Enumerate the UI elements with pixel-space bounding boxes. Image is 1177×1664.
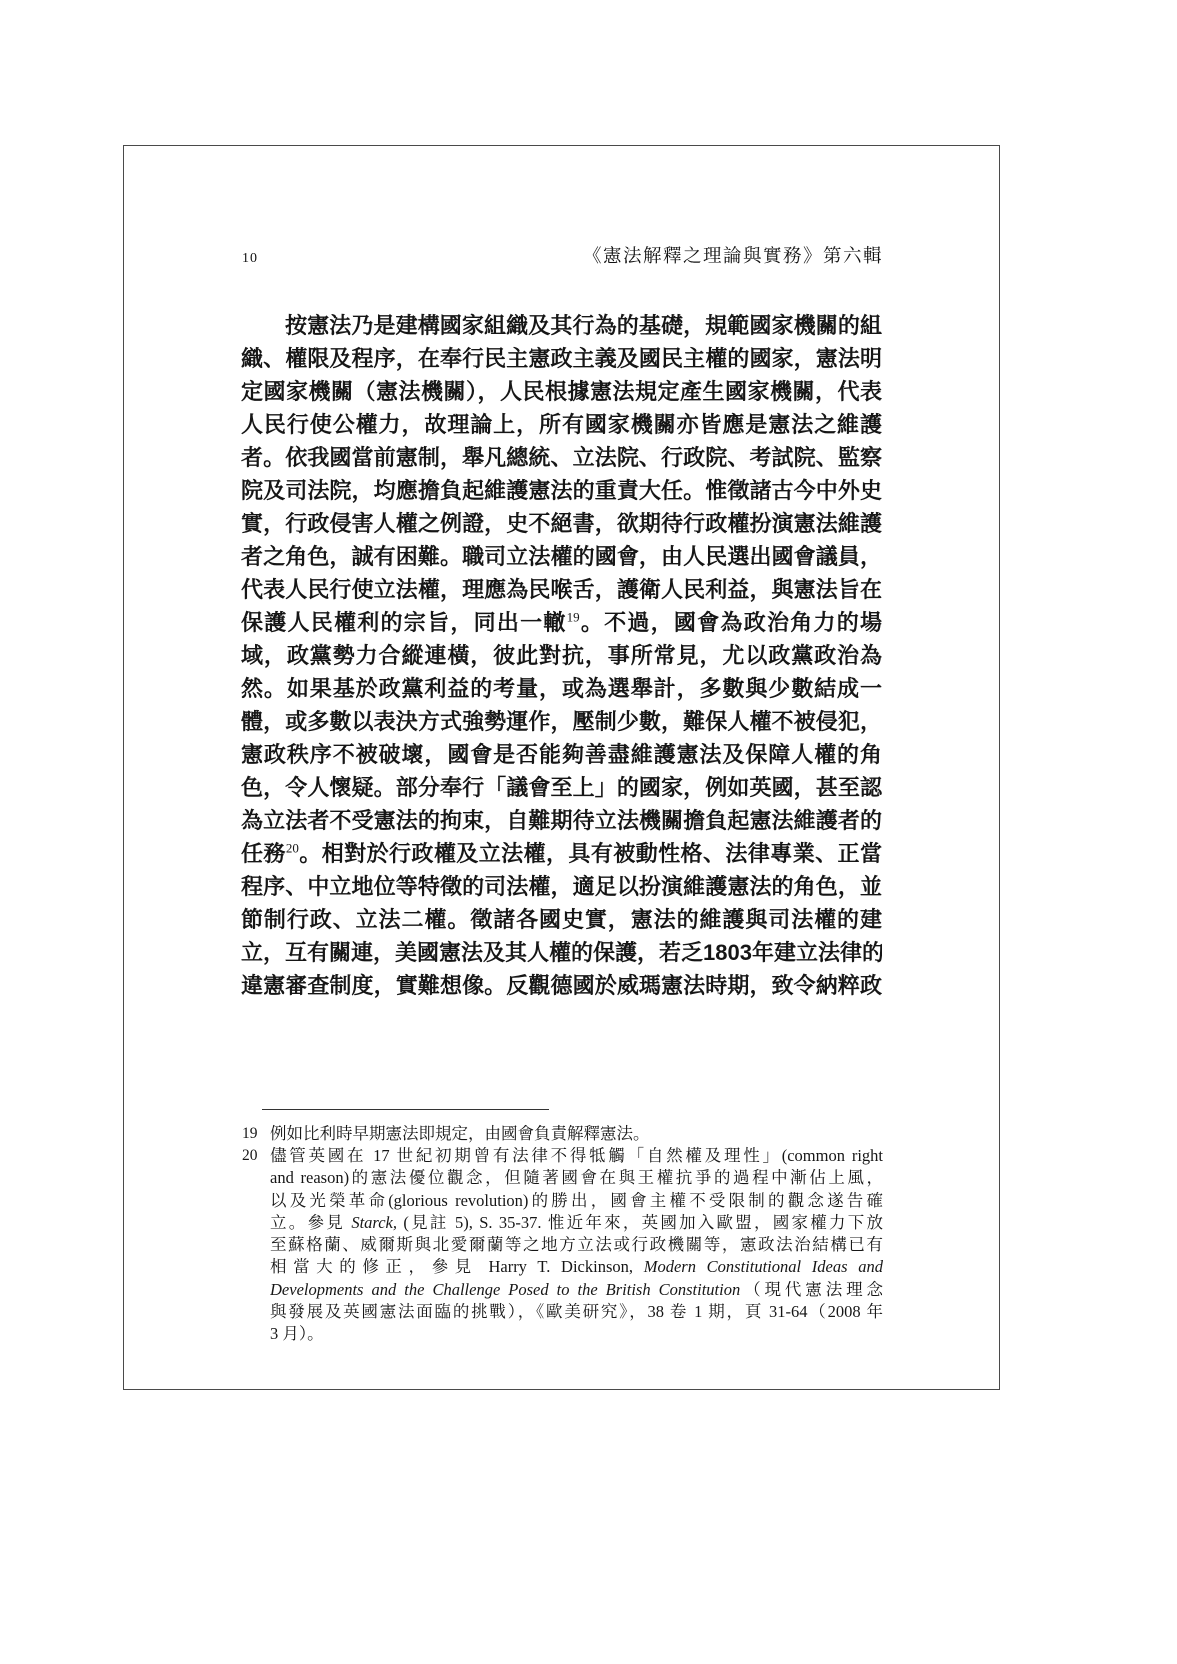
footnote-line-text: 至蘇格蘭、威爾斯與北愛爾蘭等之地方立法或行政機關等，憲政法治結構已有 <box>270 1235 883 1254</box>
body-line: 人民行使公權力，故理論上，所有國家機關亦皆應是憲法之維護 <box>241 408 882 441</box>
body-line-text: 人民行使公權力，故理論上，所有國家機關亦皆應是憲法之維護 <box>241 412 882 437</box>
page-border: 10 《憲法解釋之理論與實務》第六輯 按憲法乃是建構國家組織及其行為的基礎，規範… <box>123 145 1000 1390</box>
footnote-line-text: 相當大的修正，參見 Harry T. Dickinson, <box>270 1257 644 1276</box>
footnote-line: and reason)的憲法優位觀念，但隨著國會在與王權抗爭的過程中漸佔上風， <box>270 1167 883 1189</box>
body-line-text: 者之角色，誠有困難。職司立法權的國會，由人民選出國會議員， <box>241 544 882 569</box>
body-line-text: 體，或多數以表決方式強勢運作，壓制少數，難保人權不被侵犯， <box>241 709 882 734</box>
footnote-20: 20 儘管英國在 17 世紀初期曾有法律不得牴觸「自然權及理性」(common … <box>242 1145 883 1346</box>
body-line-text: 任務 <box>241 841 286 866</box>
footnote-line: 以及光榮革命(glorious revolution)的勝出，國會主權不受限制的… <box>270 1190 883 1212</box>
citation-author-italic: Starck, <box>351 1213 397 1232</box>
footnote-line: 3 月）。 <box>270 1323 883 1345</box>
body-line: 院及司法院，均應擔負起維護憲法的重責大任。惟徵諸古今中外史 <box>241 474 882 507</box>
body-line: 程序、中立地位等特徵的司法權，適足以扮演維護憲法的角色，並 <box>241 870 882 903</box>
body-line: 織、權限及程序，在奉行民主憲政主義及國民主權的國家，憲法明 <box>241 342 882 375</box>
body-line-text: 憲政秩序不被破壞，國會是否能夠善盡維護憲法及保障人權的角 <box>241 742 882 767</box>
footnote-line: 至蘇格蘭、威爾斯與北愛爾蘭等之地方立法或行政機關等，憲政法治結構已有 <box>270 1234 883 1256</box>
body-line-text: 定國家機關（憲法機關），人民根據憲法規定產生國家機關，代表 <box>241 379 882 404</box>
footnote-line-text: （現代憲法理念 <box>740 1280 883 1299</box>
page-number: 10 <box>242 251 258 267</box>
body-line-text: 按憲法乃是建構國家組織及其行為的基礎，規範國家機關的組 <box>285 313 882 338</box>
footnote-line: 儘管英國在 17 世紀初期曾有法律不得牴觸「自然權及理性」(common rig… <box>270 1145 883 1167</box>
body-line-text: 色，令人懷疑。部分奉行「議會至上」的國家，例如英國，甚至認 <box>241 775 882 800</box>
citation-title-italic: Modern Constitutional Ideas and <box>644 1257 883 1276</box>
body-line-text: 實，行政侵害人權之例證，史不絕書，欲期待行政權扮演憲法維護 <box>241 511 882 536</box>
footnote-line: 相當大的修正，參見 Harry T. Dickinson, Modern Con… <box>270 1256 883 1278</box>
body-line-text: 保護人民權利的宗旨，同出一轍 <box>241 610 567 635</box>
footnote-ref-20: 20 <box>286 841 299 856</box>
footnote-line-text: (見註 5), S. 35-37. 惟近年來，英國加入歐盟，國家權力下放 <box>397 1213 883 1232</box>
footnote-line-text: 儘管英國在 17 世紀初期曾有法律不得牴觸「自然權及理性」(common rig… <box>270 1146 883 1165</box>
footnote-line-text: 以及光榮革命(glorious revolution)的勝出，國會主權不受限制的… <box>270 1191 883 1210</box>
body-line: 節制行政、立法二權。徵諸各國史實，憲法的維護與司法權的建 <box>241 903 882 936</box>
body-line: 違憲審查制度，實難想像。反觀德國於威瑪憲法時期，致令納粹政 <box>241 969 882 1002</box>
body-line-text: 立，互有關連，美國憲法及其人權的保護，若乏1803年建立法律的 <box>241 940 882 965</box>
footnote-19-body: 例如比利時早期憲法即規定，由國會負責解釋憲法。 <box>270 1123 883 1145</box>
body-line: 體，或多數以表決方式強勢運作，壓制少數，難保人權不被侵犯， <box>241 705 882 738</box>
footnote-line-text: 與發展及英國憲法面臨的挑戰），《歐美研究》，38 卷 1 期，頁 31-64（2… <box>270 1302 883 1321</box>
body-line-text: 節制行政、立法二權。徵諸各國史實，憲法的維護與司法權的建 <box>241 907 882 932</box>
body-line-text: 者。依我國當前憲制，舉凡總統、立法院、行政院、考試院、監察 <box>241 445 882 470</box>
body-line-text: 為立法者不受憲法的拘束，自難期待立法機關擔負起憲法維護者的 <box>241 808 882 833</box>
footnote-line: 例如比利時早期憲法即規定，由國會負責解釋憲法。 <box>270 1123 883 1145</box>
body-line-text: 。相對於行政權及立法權，具有被動性格、法律專業、正當 <box>299 841 882 866</box>
footnote-line-text: 3 月）。 <box>270 1324 324 1343</box>
body-line: 憲政秩序不被破壞，國會是否能夠善盡維護憲法及保障人權的角 <box>241 738 882 771</box>
footnote-19-number: 19 <box>242 1123 270 1145</box>
body-line: 任務20。相對於行政權及立法權，具有被動性格、法律專業、正當 <box>241 837 882 870</box>
body-line: 代表人民行使立法權，理應為民喉舌，護衛人民利益，與憲法旨在 <box>241 573 882 606</box>
body-line: 為立法者不受憲法的拘束，自難期待立法機關擔負起憲法維護者的 <box>241 804 882 837</box>
body-line-text: 代表人民行使立法權，理應為民喉舌，護衛人民利益，與憲法旨在 <box>241 577 882 602</box>
body-line: 立，互有關連，美國憲法及其人權的保護，若乏1803年建立法律的 <box>241 936 882 969</box>
body-line-text: 然。如果基於政黨利益的考量，或為選舉計，多數與少數結成一 <box>241 676 882 701</box>
citation-title-italic: Developments and the Challenge Posed to … <box>270 1280 740 1299</box>
footnote-separator-rule <box>262 1109 549 1110</box>
footnote-line: 立。參見 Starck, (見註 5), S. 35-37. 惟近年來，英國加入… <box>270 1212 883 1234</box>
body-line-text: 域，政黨勢力合縱連橫，彼此對抗，事所常見，尤以政黨政治為 <box>241 643 882 668</box>
body-line: 保護人民權利的宗旨，同出一轍19。不過，國會為政治角力的場 <box>241 606 882 639</box>
footnote-20-number: 20 <box>242 1145 270 1346</box>
body-line: 色，令人懷疑。部分奉行「議會至上」的國家，例如英國，甚至認 <box>241 771 882 804</box>
body-line: 者之角色，誠有困難。職司立法權的國會，由人民選出國會議員， <box>241 540 882 573</box>
body-line: 然。如果基於政黨利益的考量，或為選舉計，多數與少數結成一 <box>241 672 882 705</box>
body-line-text: 。不過，國會為政治角力的場 <box>580 610 882 635</box>
body-line: 按憲法乃是建構國家組織及其行為的基礎，規範國家機關的組 <box>241 309 882 342</box>
page-header: 10 《憲法解釋之理論與實務》第六輯 <box>242 242 883 268</box>
footnote-19: 19 例如比利時早期憲法即規定，由國會負責解釋憲法。 <box>242 1123 883 1145</box>
footnote-line: 與發展及英國憲法面臨的挑戰），《歐美研究》，38 卷 1 期，頁 31-64（2… <box>270 1301 883 1323</box>
footnote-ref-19: 19 <box>567 610 580 625</box>
body-line-text: 程序、中立地位等特徵的司法權，適足以扮演維護憲法的角色，並 <box>241 874 882 899</box>
running-head-title: 《憲法解釋之理論與實務》第六輯 <box>583 242 883 268</box>
body-line-text: 織、權限及程序，在奉行民主憲政主義及國民主權的國家，憲法明 <box>241 346 882 371</box>
body-line: 者。依我國當前憲制，舉凡總統、立法院、行政院、考試院、監察 <box>241 441 882 474</box>
footnote-line: Developments and the Challenge Posed to … <box>270 1279 883 1301</box>
body-line: 域，政黨勢力合縱連橫，彼此對抗，事所常見，尤以政黨政治為 <box>241 639 882 672</box>
body-line-text: 院及司法院，均應擔負起維護憲法的重責大任。惟徵諸古今中外史 <box>241 478 882 503</box>
footnote-line-text: and reason)的憲法優位觀念，但隨著國會在與王權抗爭的過程中漸佔上風， <box>270 1168 883 1187</box>
body-paragraph: 按憲法乃是建構國家組織及其行為的基礎，規範國家機關的組 織、權限及程序，在奉行民… <box>241 309 882 1002</box>
body-line-text: 違憲審查制度，實難想像。反觀德國於威瑪憲法時期，致令納粹政 <box>241 973 882 998</box>
body-line: 實，行政侵害人權之例證，史不絕書，欲期待行政權扮演憲法維護 <box>241 507 882 540</box>
footnote-line-text: 立。參見 <box>270 1213 351 1232</box>
footnote-20-body: 儘管英國在 17 世紀初期曾有法律不得牴觸「自然權及理性」(common rig… <box>270 1145 883 1346</box>
body-line: 定國家機關（憲法機關），人民根據憲法規定產生國家機關，代表 <box>241 375 882 408</box>
